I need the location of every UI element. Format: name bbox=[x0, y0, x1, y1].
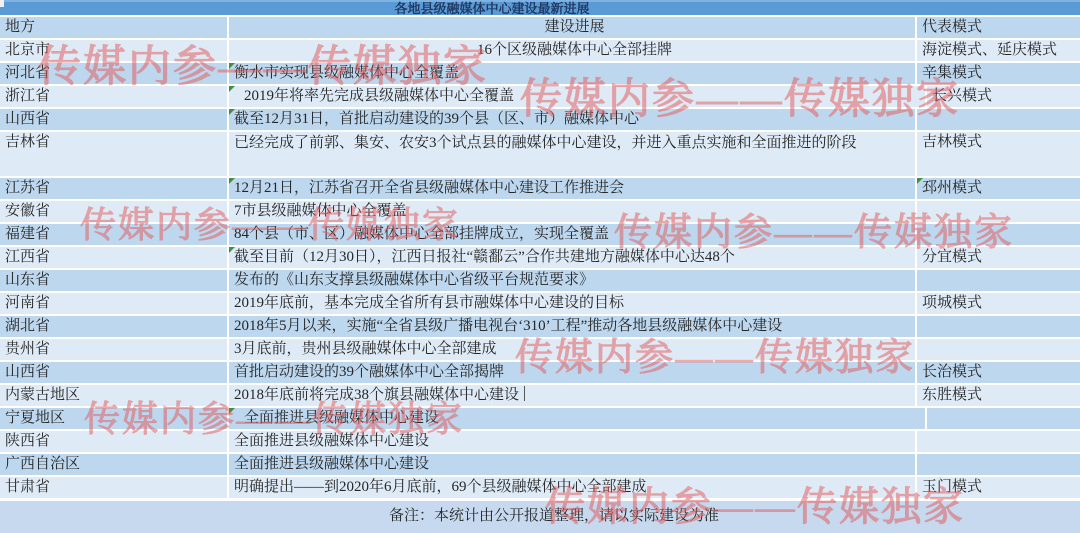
region-label: 内蒙古地区 bbox=[5, 387, 80, 403]
progress-cell[interactable]: 3月底前，贵州县级融媒体中心全部建成 bbox=[229, 339, 915, 360]
region-label: 陕西省 bbox=[5, 433, 50, 449]
region-cell[interactable]: 甘肃省 bbox=[0, 477, 227, 498]
model-text: 吉林模式 bbox=[922, 134, 982, 150]
region-label: 河南省 bbox=[5, 295, 50, 311]
region-label: 浙江省 bbox=[5, 88, 50, 104]
progress-text: 全面推进县级融媒体中心建设 bbox=[234, 433, 429, 449]
table-row: 北京市 16个区级融媒体中心全部挂牌 海淀模式、延庆模式 bbox=[0, 40, 1080, 61]
table-row: 贵州省 3月底前，贵州县级融媒体中心全部建成 bbox=[0, 339, 1080, 360]
region-cell[interactable]: 河南省 bbox=[0, 293, 227, 314]
column-header-model-label: 代表模式 bbox=[922, 19, 982, 35]
column-header-model[interactable]: 代表模式 bbox=[917, 17, 1080, 38]
model-cell[interactable]: 邳州模式 bbox=[917, 178, 1080, 199]
progress-cell[interactable]: 2018年底前将完成38个旗县融媒体中心建设 bbox=[229, 385, 915, 406]
region-cell[interactable]: 广西自治区 bbox=[0, 454, 227, 475]
progress-text: 首批启动建设的39个融媒体中心全部揭牌 bbox=[234, 364, 504, 380]
region-label: 贵州省 bbox=[5, 341, 50, 357]
region-cell[interactable]: 陕西省 bbox=[0, 431, 227, 452]
progress-text: 12月21日，江苏省召开全省县级融媒体中心建设工作推进会 bbox=[234, 180, 624, 196]
note-text: 备注：本统计由公开报道整理，请以实际建设为准 bbox=[389, 508, 719, 533]
model-cell[interactable] bbox=[917, 316, 1080, 337]
table-row: 内蒙古地区 2018年底前将完成38个旗县融媒体中心建设 东胜模式 bbox=[0, 385, 1080, 406]
region-label: 宁夏地区 bbox=[5, 410, 65, 426]
region-cell[interactable]: 贵州省 bbox=[0, 339, 227, 360]
region-cell[interactable]: 吉林省 bbox=[0, 132, 227, 176]
progress-cell[interactable]: 2019年将率先完成县级融媒体中心全覆盖 bbox=[229, 86, 925, 107]
progress-cell[interactable]: 已经完成了前郭、集安、农安3个试点县的融媒体中心建设，并进入重点实施和全面推进的… bbox=[229, 132, 915, 176]
column-header-progress-label: 建设进展 bbox=[544, 19, 604, 35]
model-cell[interactable] bbox=[917, 431, 1080, 452]
progress-text: 16个区级融媒体中心全部挂牌 bbox=[477, 42, 672, 58]
model-cell[interactable] bbox=[927, 408, 1080, 429]
comment-marker-icon bbox=[229, 86, 235, 92]
column-header-region-label: 地方 bbox=[5, 19, 35, 35]
region-label: 湖北省 bbox=[5, 318, 50, 334]
model-text: 长兴模式 bbox=[932, 88, 992, 104]
region-label: 吉林省 bbox=[5, 134, 50, 150]
table-row: 广西自治区 全面推进县级融媒体中心建设 bbox=[0, 454, 1080, 475]
table-row: 吉林省 已经完成了前郭、集安、农安3个试点县的融媒体中心建设，并进入重点实施和全… bbox=[0, 132, 1080, 176]
note-row: 备注：本统计由公开报道整理，请以实际建设为准 bbox=[0, 499, 1080, 533]
model-cell[interactable] bbox=[917, 339, 1080, 360]
table-row: 湖北省 2018年5月以来，实施“全省县级广播电视台‘310’工程”推动各地县级… bbox=[0, 316, 1080, 337]
model-text: 邳州模式 bbox=[922, 180, 982, 196]
comment-marker-icon bbox=[229, 109, 235, 115]
comment-marker-icon bbox=[229, 63, 235, 69]
region-cell[interactable]: 河北省 bbox=[0, 63, 227, 84]
header-row: 地方 建设进展 代表模式 bbox=[0, 17, 1080, 38]
region-label: 北京市 bbox=[5, 42, 50, 58]
model-cell[interactable]: 玉门模式 bbox=[917, 477, 1080, 498]
spreadsheet: 各地县级融媒体中心建设最新进展 地方 建设进展 代表模式 北京市 16个区级融媒… bbox=[0, 0, 1080, 533]
region-label: 山西省 bbox=[5, 364, 50, 380]
model-text: 长治模式 bbox=[922, 364, 982, 380]
model-cell[interactable] bbox=[917, 270, 1080, 291]
model-text: 分宜模式 bbox=[922, 249, 982, 265]
model-text: 东胜模式 bbox=[922, 387, 982, 403]
table-row: 河南省 2019年底前，基本完成全省所有县市融媒体中心建设的目标 项城模式 bbox=[0, 293, 1080, 314]
progress-text: 全面推进县级融媒体中心建设 bbox=[244, 410, 439, 426]
sheet-corner bbox=[0, 0, 4, 7]
progress-cell[interactable]: 截至12月31日，首批启动建设的39个县（区、市）融媒体中心 bbox=[229, 109, 915, 130]
table-row: 宁夏地区 全面推进县级融媒体中心建设 bbox=[0, 408, 1080, 429]
column-header-region[interactable]: 地方 bbox=[0, 17, 227, 38]
table-row: 陕西省 全面推进县级融媒体中心建设 bbox=[0, 431, 1080, 452]
table-row: 山西省 截至12月31日，首批启动建设的39个县（区、市）融媒体中心 bbox=[0, 109, 1080, 130]
progress-text: 截至目前（12月30日），江西日报社“赣鄱云”合作共建地方融媒体中心达48个 bbox=[234, 249, 735, 265]
model-text: 辛集模式 bbox=[922, 65, 982, 81]
table-row: 甘肃省 明确提出——到2020年6月底前，69个县级融媒体中心全部建成 玉门模式 bbox=[0, 477, 1080, 498]
table-row: 福建省 84个县（市、区）融媒体中心全部挂牌成立，实现全覆盖 bbox=[0, 224, 1080, 245]
region-cell[interactable]: 安徽省 bbox=[0, 201, 227, 222]
region-cell[interactable]: 山东省 bbox=[0, 270, 227, 291]
region-cell[interactable]: 内蒙古地区 bbox=[0, 385, 227, 406]
table-row: 江西省 截至目前（12月30日），江西日报社“赣鄱云”合作共建地方融媒体中心达4… bbox=[0, 247, 1080, 268]
progress-text: 7市县级融媒体中心全覆盖 bbox=[234, 203, 407, 219]
model-cell[interactable] bbox=[917, 224, 1080, 245]
progress-cell[interactable]: 84个县（市、区）融媒体中心全部挂牌成立，实现全覆盖 bbox=[229, 224, 915, 245]
table-title: 各地县级融媒体中心建设最新进展 bbox=[394, 2, 589, 15]
progress-text: 3月底前，贵州县级融媒体中心全部建成 bbox=[234, 341, 497, 357]
progress-cell[interactable]: 首批启动建设的39个融媒体中心全部揭牌 bbox=[229, 362, 915, 383]
model-cell[interactable]: 长兴模式 bbox=[927, 86, 1080, 107]
table-row: 河北省 衡水市实现县级融媒体中心全覆盖 辛集模式 bbox=[0, 63, 1080, 84]
progress-cell[interactable]: 全面推进县级融媒体中心建设 bbox=[229, 408, 925, 429]
progress-cell[interactable]: 截至目前（12月30日），江西日报社“赣鄱云”合作共建地方融媒体中心达48个 bbox=[229, 247, 915, 268]
table-row: 山东省 发布的《山东支撑县级融媒体中心省级平台规范要求》 bbox=[0, 270, 1080, 291]
model-cell[interactable]: 海淀模式、延庆模式 bbox=[917, 40, 1080, 61]
model-cell[interactable] bbox=[917, 454, 1080, 475]
progress-cell[interactable]: 衡水市实现县级融媒体中心全覆盖 bbox=[229, 63, 915, 84]
comment-marker-icon bbox=[229, 408, 235, 414]
progress-cell[interactable]: 全面推进县级融媒体中心建设 bbox=[229, 454, 915, 475]
model-cell[interactable] bbox=[917, 201, 1080, 222]
region-cell[interactable]: 湖北省 bbox=[0, 316, 227, 337]
progress-text: 衡水市实现县级融媒体中心全覆盖 bbox=[234, 65, 459, 81]
progress-text: 84个县（市、区）融媒体中心全部挂牌成立，实现全覆盖 bbox=[234, 226, 609, 242]
table-row: 安徽省 7市县级融媒体中心全覆盖 bbox=[0, 201, 1080, 222]
region-cell[interactable]: 福建省 bbox=[0, 224, 227, 245]
model-cell[interactable]: 辛集模式 bbox=[917, 63, 1080, 84]
model-text: 玉门模式 bbox=[922, 479, 982, 495]
progress-text: 2019年底前，基本完成全省所有县市融媒体中心建设的目标 bbox=[234, 295, 624, 311]
region-label: 安徽省 bbox=[5, 203, 50, 219]
table-title-bar[interactable]: 各地县级融媒体中心建设最新进展 bbox=[0, 0, 1080, 15]
region-label: 广西自治区 bbox=[5, 456, 80, 472]
model-cell[interactable]: 东胜模式 bbox=[917, 385, 1080, 406]
region-label: 甘肃省 bbox=[5, 479, 50, 495]
region-label: 河北省 bbox=[5, 65, 50, 81]
model-text: 项城模式 bbox=[922, 295, 982, 311]
table: 地方 建设进展 代表模式 北京市 16个区级融媒体中心全部挂牌 海淀模式、延庆模… bbox=[0, 17, 1080, 498]
progress-text: 明确提出——到2020年6月底前，69个县级融媒体中心全部建成 bbox=[234, 479, 647, 495]
table-row: 江苏省 12月21日，江苏省召开全省县级融媒体中心建设工作推进会 邳州模式 bbox=[0, 178, 1080, 199]
progress-cell[interactable]: 2018年5月以来，实施“全省县级广播电视台‘310’工程”推动各地县级融媒体中… bbox=[229, 316, 915, 337]
comment-marker-icon bbox=[229, 247, 235, 253]
table-row: 浙江省 2019年将率先完成县级融媒体中心全覆盖 长兴模式 bbox=[0, 86, 1080, 107]
region-label: 江苏省 bbox=[5, 180, 50, 196]
progress-text: 2018年底前将完成38个旗县融媒体中心建设 bbox=[234, 387, 519, 403]
model-text: 海淀模式、延庆模式 bbox=[922, 42, 1057, 58]
region-cell[interactable]: 宁夏地区 bbox=[0, 408, 227, 429]
model-cell[interactable]: 分宜模式 bbox=[917, 247, 1080, 268]
progress-cell[interactable]: 12月21日，江苏省召开全省县级融媒体中心建设工作推进会 bbox=[229, 178, 915, 199]
region-cell[interactable]: 浙江省 bbox=[0, 86, 227, 107]
progress-cell[interactable]: 全面推进县级融媒体中心建设 bbox=[229, 431, 915, 452]
progress-cell[interactable]: 2019年底前，基本完成全省所有县市融媒体中心建设的目标 bbox=[229, 293, 915, 314]
region-cell[interactable]: 山西省 bbox=[0, 109, 227, 130]
comment-marker-icon bbox=[917, 178, 923, 184]
progress-text: 已经完成了前郭、集安、农安3个试点县的融媒体中心建设，并进入重点实施和全面推进的… bbox=[234, 135, 857, 151]
model-cell[interactable]: 项城模式 bbox=[917, 293, 1080, 314]
region-label: 山西省 bbox=[5, 111, 50, 127]
progress-text: 全面推进县级融媒体中心建设 bbox=[234, 456, 429, 472]
model-cell[interactable]: 长治模式 bbox=[917, 362, 1080, 383]
progress-cell[interactable]: 明确提出——到2020年6月底前，69个县级融媒体中心全部建成 bbox=[229, 477, 915, 498]
progress-text: 2019年将率先完成县级融媒体中心全覆盖 bbox=[244, 88, 514, 104]
text-cursor bbox=[524, 386, 525, 401]
comment-marker-icon bbox=[229, 178, 235, 184]
model-cell[interactable]: 吉林模式 bbox=[917, 132, 1080, 176]
progress-cell[interactable]: 16个区级融媒体中心全部挂牌 bbox=[229, 40, 915, 61]
region-label: 福建省 bbox=[5, 226, 50, 242]
progress-text: 发布的《山东支撑县级融媒体中心省级平台规范要求》 bbox=[234, 272, 594, 288]
region-label: 江西省 bbox=[5, 249, 50, 265]
region-cell[interactable]: 江苏省 bbox=[0, 178, 227, 199]
region-cell[interactable]: 北京市 bbox=[0, 40, 227, 61]
progress-text: 截至12月31日，首批启动建设的39个县（区、市）融媒体中心 bbox=[234, 111, 639, 127]
column-header-progress[interactable]: 建设进展 bbox=[229, 17, 915, 38]
progress-cell[interactable]: 发布的《山东支撑县级融媒体中心省级平台规范要求》 bbox=[229, 270, 915, 291]
model-cell[interactable] bbox=[917, 109, 1080, 130]
region-cell[interactable]: 山西省 bbox=[0, 362, 227, 383]
progress-cell[interactable]: 7市县级融媒体中心全覆盖 bbox=[229, 201, 915, 222]
progress-text: 2018年5月以来，实施“全省县级广播电视台‘310’工程”推动各地县级融媒体中… bbox=[234, 318, 782, 334]
table-row: 山西省 首批启动建设的39个融媒体中心全部揭牌 长治模式 bbox=[0, 362, 1080, 383]
region-label: 山东省 bbox=[5, 272, 50, 288]
region-cell[interactable]: 江西省 bbox=[0, 247, 227, 268]
